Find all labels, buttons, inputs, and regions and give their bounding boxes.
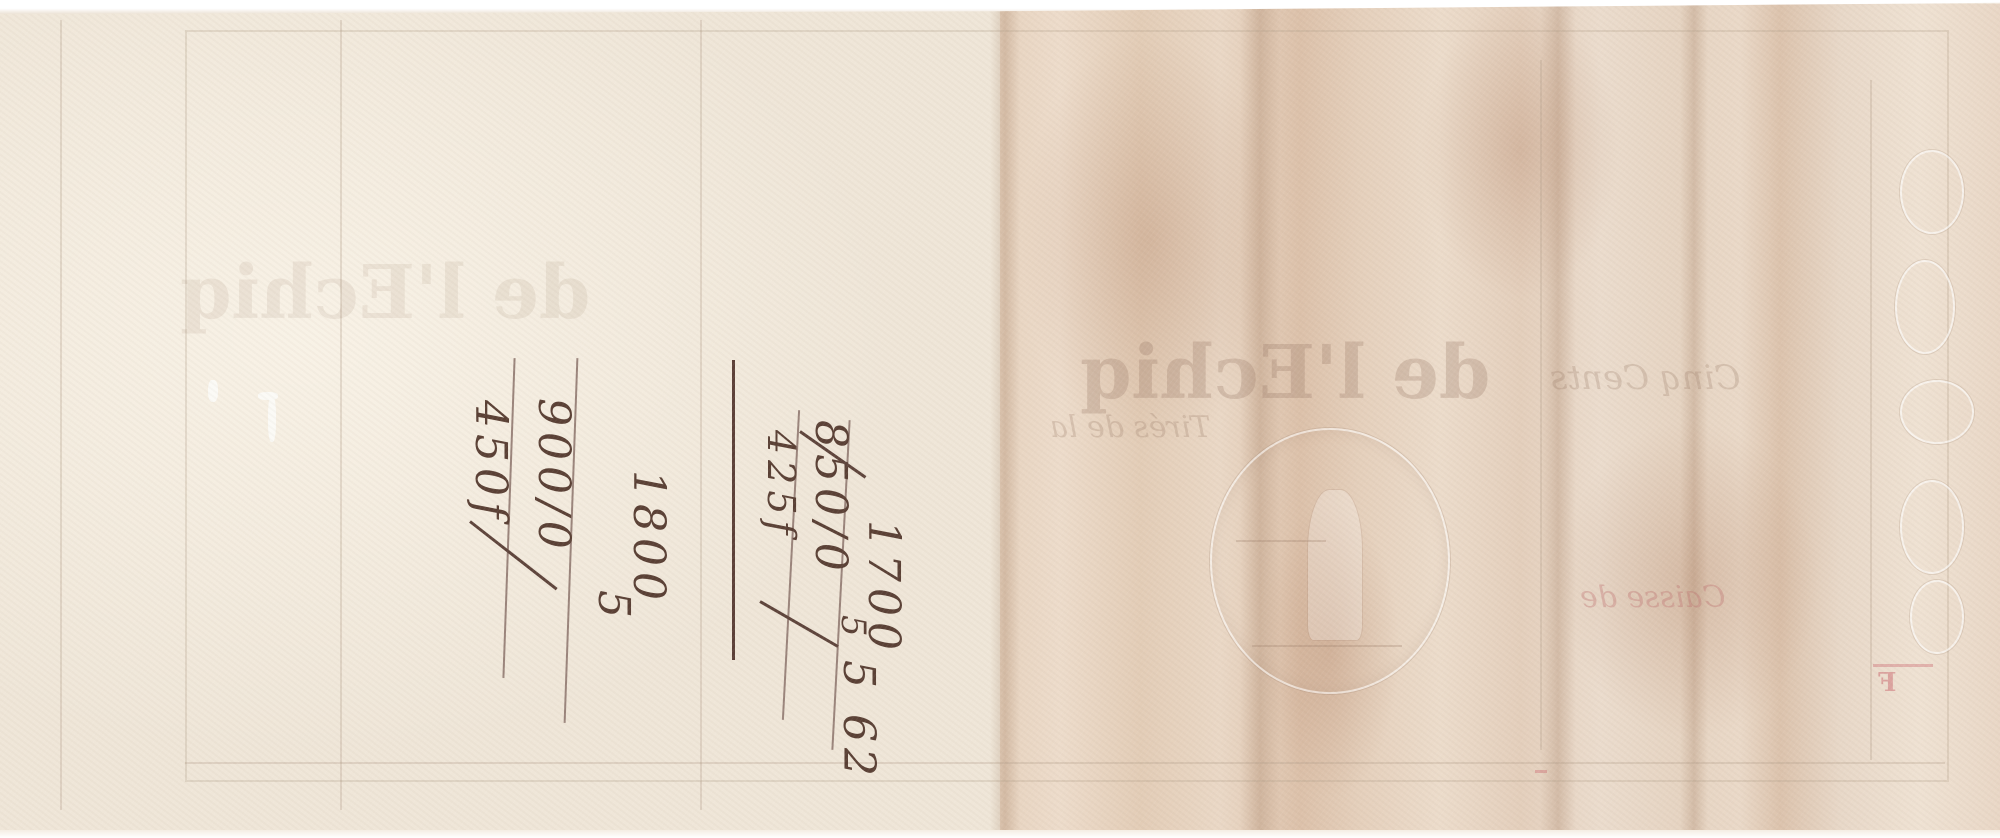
ruled-ink-line <box>732 360 735 660</box>
handwritten-value: 5 <box>591 590 635 624</box>
handwritten-value: 5 62 <box>836 660 880 782</box>
paper-damage-blot <box>208 380 218 402</box>
handwritten-value: 425f <box>762 430 800 541</box>
paper-damage-blot <box>258 392 278 400</box>
printed-border-frame <box>185 30 1949 782</box>
handwritten-value: 5 <box>836 615 870 643</box>
seated-figure-emboss <box>1308 490 1362 640</box>
frame-line <box>185 762 1945 764</box>
frame-line <box>60 20 62 810</box>
red-print-mark <box>1535 770 1547 773</box>
red-print-mark <box>1873 664 1933 667</box>
embossed-seal-medallion <box>1210 428 1450 694</box>
handwritten-value: 450f <box>468 400 512 524</box>
show-through-script-line: Cinq Cents <box>1550 358 1741 398</box>
frame-line <box>340 20 342 810</box>
show-through-title-left: de l'Echiq <box>180 250 590 336</box>
series-mark: F <box>1878 668 1896 698</box>
embossed-ornament <box>1900 150 1964 234</box>
scan-bottom-edge <box>0 830 2000 838</box>
embossed-ornament <box>1910 580 1964 654</box>
embossed-ornament <box>1900 380 1974 444</box>
emboss-line <box>1236 540 1326 542</box>
show-through-script-line: Tirés de la <box>1050 410 1211 445</box>
frame-line <box>1540 60 1542 750</box>
frame-line <box>1870 80 1872 760</box>
handwritten-value: 900/0 <box>531 398 575 555</box>
embossed-ornament <box>1895 260 1955 354</box>
document-scan: de l'Echiq de l'Echiq Cinq Cents Tirés d… <box>0 0 2000 838</box>
frame-line <box>700 20 702 810</box>
show-through-title: de l'Echiq <box>1080 330 1490 416</box>
embossed-ornament <box>1900 480 1964 574</box>
paper-damage-blot <box>268 396 276 442</box>
emboss-line <box>1252 645 1402 647</box>
handwritten-value: 1800 <box>626 470 670 606</box>
show-through-signature: Caisse de <box>1580 580 1725 615</box>
